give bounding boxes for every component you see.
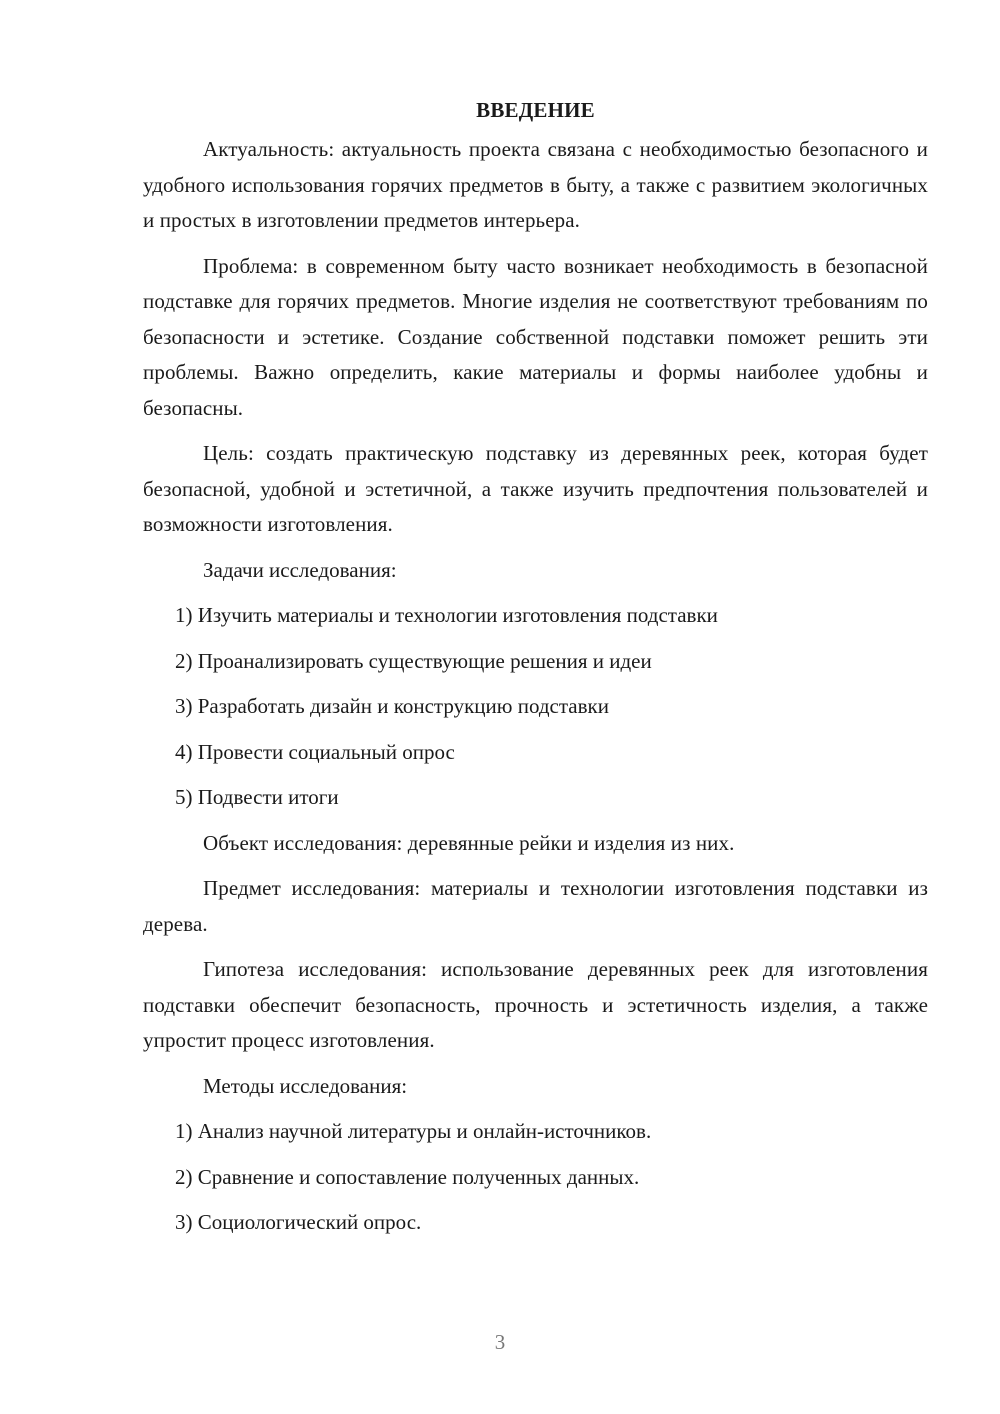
method-item: 1) Анализ научной литературы и онлайн-ис…: [143, 1114, 928, 1150]
hypothesis-paragraph: Гипотеза исследования: использование дер…: [143, 952, 928, 1059]
method-item: 2) Сравнение и сопоставление полученных …: [143, 1160, 928, 1196]
methods-list: 1) Анализ научной литературы и онлайн-ис…: [143, 1114, 928, 1241]
tasks-list: 1) Изучить материалы и технологии изгото…: [143, 598, 928, 816]
page-number: 3: [0, 1330, 1000, 1355]
section-title: ВВЕДЕНИЕ: [143, 92, 928, 128]
tasks-heading: Задачи исследования:: [143, 553, 928, 589]
task-item: 1) Изучить материалы и технологии изгото…: [143, 598, 928, 634]
methods-heading: Методы исследования:: [143, 1069, 928, 1105]
method-item: 3) Социологический опрос.: [143, 1205, 928, 1241]
relevance-paragraph: Актуальность: актуальность проекта связа…: [143, 132, 928, 239]
goal-paragraph: Цель: создать практическую подставку из …: [143, 436, 928, 543]
document-page: ВВЕДЕНИЕ Актуальность: актуальность прое…: [143, 92, 928, 1251]
task-item: 4) Провести социальный опрос: [143, 735, 928, 771]
task-item: 5) Подвести итоги: [143, 780, 928, 816]
subject-paragraph: Предмет исследования: материалы и технол…: [143, 871, 928, 942]
task-item: 2) Проанализировать существующие решения…: [143, 644, 928, 680]
object-paragraph: Объект исследования: деревянные рейки и …: [143, 826, 928, 862]
problem-paragraph: Проблема: в современном быту часто возни…: [143, 249, 928, 427]
task-item: 3) Разработать дизайн и конструкцию подс…: [143, 689, 928, 725]
